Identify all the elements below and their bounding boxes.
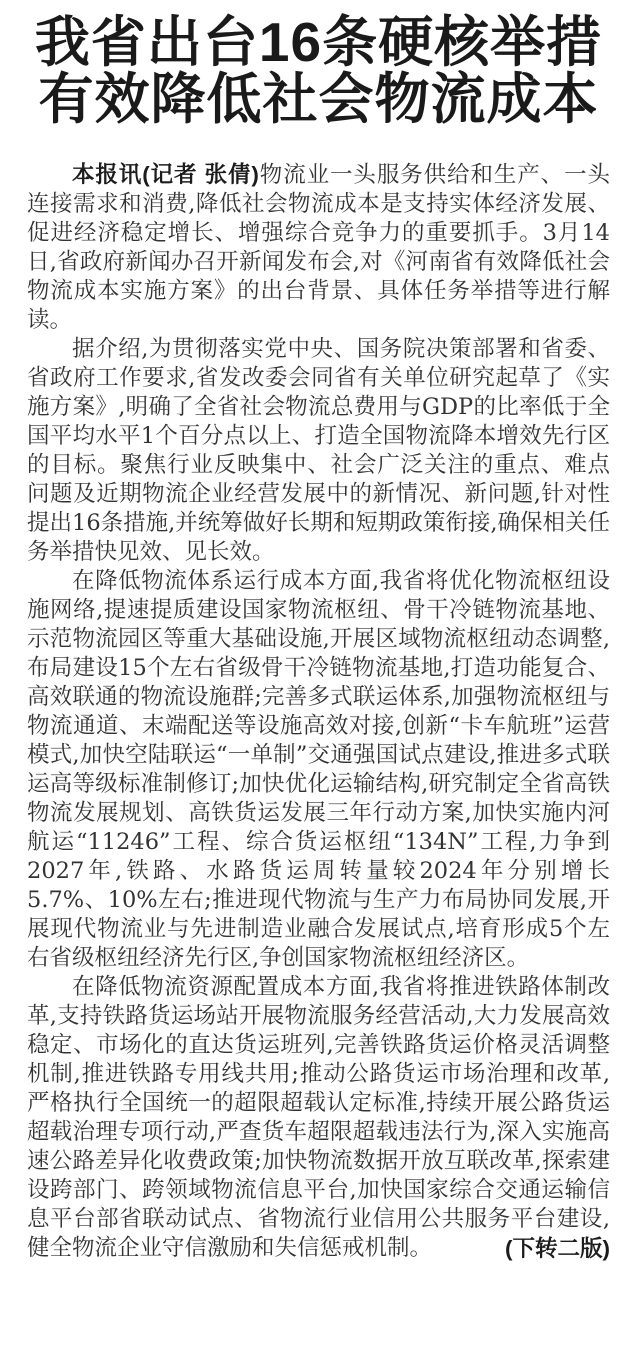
continuation-note: (下转二版): [505, 1234, 610, 1263]
article-headline: 我省出台16条硬核举措 有效降低社会物流成本: [27, 14, 610, 128]
paragraph-system-costs-text: 在降低物流体系运行成本方面,我省将优化物流枢纽设施网络,提速提质建设国家物流枢纽…: [27, 568, 610, 971]
headline-line-1: 我省出台16条硬核举措: [27, 14, 610, 71]
newspaper-page: 我省出台16条硬核举措 有效降低社会物流成本 本报讯(记者 张倩)物流业一头服务…: [0, 0, 635, 1363]
paragraph-background-text: 据介绍,为贯彻落实党中央、国务院决策部署和省委、省政府工作要求,省发改委会同省有…: [27, 336, 610, 565]
paragraph-resource-costs-text: 在降低物流资源配置成本方面,我省将推进铁路体制改革,支持铁路货运场站开展物流服务…: [27, 974, 610, 1261]
paragraph-lede-text: 物流业一头服务供给和生产、一头连接需求和消费,降低社会物流成本是支持实体经济发展…: [27, 162, 610, 333]
paragraph-system-costs: 在降低物流体系运行成本方面,我省将优化物流枢纽设施网络,提速提质建设国家物流枢纽…: [27, 567, 610, 973]
article-body: 本报讯(记者 张倩)物流业一头服务供给和生产、一头连接需求和消费,降低社会物流成…: [27, 160, 610, 1263]
paragraph-lede: 本报讯(记者 张倩)物流业一头服务供给和生产、一头连接需求和消费,降低社会物流成…: [27, 160, 610, 335]
paragraph-background: 据介绍,为贯彻落实党中央、国务院决策部署和省委、省政府工作要求,省发改委会同省有…: [27, 335, 610, 567]
paragraph-resource-costs: 在降低物流资源配置成本方面,我省将推进铁路体制改革,支持铁路货运场站开展物流服务…: [27, 973, 610, 1263]
headline-line-2: 有效降低社会物流成本: [27, 71, 610, 128]
byline: 本报讯(记者 张倩): [72, 162, 259, 187]
